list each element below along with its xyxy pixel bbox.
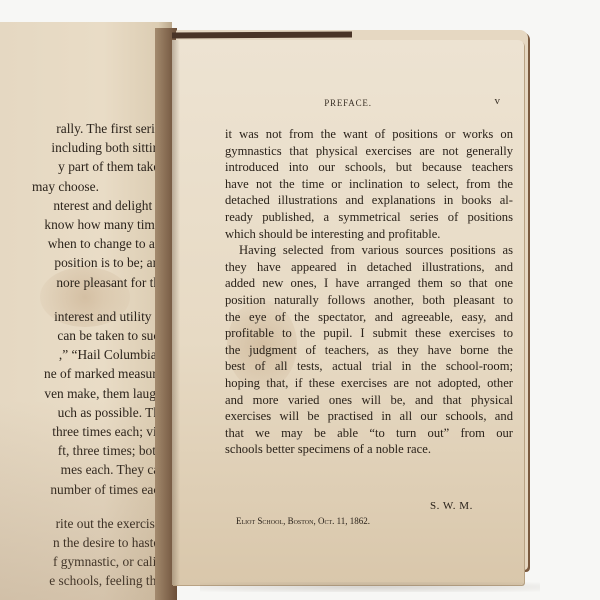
signature: S. W. M. [430,500,473,512]
text-line: position naturally follows another, both… [225,292,513,309]
text-line: ,” “Hail Columbia,” [0,345,166,364]
text-line: ne of marked measure. [0,364,166,383]
text-line: mes each. They can [0,460,166,479]
text-line: n the desire to hasten [0,533,166,552]
text-line: position is to be; and [0,253,166,272]
text-line: hoping that, if these exercises are not … [225,375,513,392]
text-line: gymnastics that physical exercises are n… [225,143,513,160]
text-line: e schools, feeling that [0,571,166,590]
text-line: may choose. [0,177,166,196]
text-line: nterest and delight in [0,196,166,215]
running-header: PREFACE. [172,98,524,108]
text-line: when to change to an- [0,234,166,253]
text-line: the judgment of teachers, as they have b… [225,342,513,359]
text-line: including both sitting [0,138,166,157]
cover-top-edge [172,32,352,39]
text-line: three times each; viz. [0,422,166,441]
text-line: Having selected from various sources pos… [225,242,513,259]
text-line: and more varied ones will be, and that p… [225,392,513,409]
text-line: it was not from the want of positions or… [225,126,513,143]
text-line: ready published, a symmetrical series of… [225,209,513,226]
text-line: schools better specimens of a noble race… [225,441,513,458]
text-line: detached illustrations and explanations … [225,192,513,209]
text-line: ven make, them laugh, [0,384,166,403]
text-line: rite out the exercises [0,514,166,533]
text-line: f gymnastic, or calis- [0,552,166,571]
text-line: have not the time or inclination to sele… [225,176,513,193]
dateline: Eliot School, Boston, Oct. 11, 1862. [236,516,370,526]
text-line: y part of them taken [0,157,166,176]
text-line: number of times each [0,480,166,499]
text-line: nore pleasant for the [0,273,166,292]
text-line: that we may be able “to turn out” from o… [225,425,513,442]
text-line: uch as possible. The [0,403,166,422]
text-line: exercises will be practised in all our s… [225,408,513,425]
text-line: which should be interesting and profitab… [225,226,513,243]
text-line: they have appeared in detached illustrat… [225,259,513,276]
preface-body: it was not from the want of positions or… [225,126,513,458]
text-line: know how many times [0,215,166,234]
left-page: rally. The first series including both s… [0,22,172,600]
text-line: the eye of the spectator, and agreeable,… [225,309,513,326]
text-line: interest and utility of [0,307,166,326]
right-page: PREFACE. v it was not from the want of p… [172,40,524,585]
text-line: can be taken to such [0,326,166,345]
text-line: introduced into our schools, but because… [225,159,513,176]
page-number: v [495,95,501,107]
text-line: rally. The first series [0,119,166,138]
text-line: ft, three times; both, [0,441,166,460]
left-page-text: rally. The first series including both s… [0,119,166,591]
open-book-photo: rally. The first series including both s… [0,0,600,600]
book-shadow [200,582,540,592]
text-line: profitable to the pupil. I submit these … [225,325,513,342]
text-line: best of all tests, actual trial in the s… [225,358,513,375]
text-line: added new ones, I have arranged them so … [225,275,513,292]
